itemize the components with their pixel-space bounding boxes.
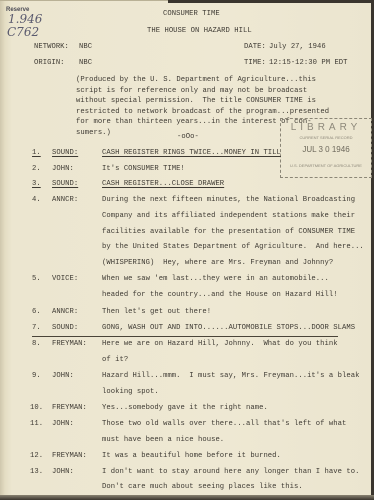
cue-text: It was a beautiful home before it burned… <box>102 452 281 461</box>
page-edge-top <box>0 0 168 1</box>
cue-speaker: JOHN: <box>52 468 74 477</box>
cue-text: Don't care much about seeing places like… <box>102 483 303 492</box>
cue-text: Those two old walls over there...all tha… <box>102 420 346 429</box>
cue-text: GONG, WASH OUT AND INTO......AUTOMOBILE … <box>102 324 355 333</box>
cue-underline <box>32 336 338 337</box>
date-label: DATE: <box>244 43 266 52</box>
cue-speaker: SOUND: <box>52 180 78 189</box>
cue-text: It's CONSUMER TIME! <box>102 165 185 174</box>
cue-text: Yes...somebody gave it the right name. <box>102 404 268 413</box>
cue-text: When we saw 'em last...they were in an a… <box>102 275 329 284</box>
cue-text: Company and its affiliated independent s… <box>102 212 355 221</box>
handwritten-call-number-1: 1.946 <box>8 12 42 26</box>
cue-speaker: ANNCR: <box>52 196 78 205</box>
cue-speaker: FREYMAN: <box>52 340 87 349</box>
episode-title: THE HOUSE ON HAZARD HILL <box>147 27 252 36</box>
origin-value: NBC <box>79 59 92 68</box>
notice-line: (Produced by the U. S. Department of Agr… <box>76 76 316 85</box>
cue-number: 7. <box>32 324 41 333</box>
handwritten-call-number-2: C762 <box>7 25 39 39</box>
cue-speaker: SOUND: <box>52 149 78 158</box>
cue-speaker: FREYMAN: <box>52 452 87 461</box>
cue-text: CASH REGISTER...CLOSE DRAWER <box>102 180 224 189</box>
cue-text: facilities available for the presentatio… <box>102 228 355 237</box>
cue-speaker: FREYMAN: <box>52 404 87 413</box>
notice-line: restricted to network broadcast of the p… <box>76 108 329 117</box>
scan-border-bottom <box>0 495 374 500</box>
cue-number: 1. <box>32 149 41 158</box>
cue-text: Then let's get out there! <box>102 308 211 317</box>
cue-number: 13. <box>30 468 43 477</box>
date-value: July 27, 1946 <box>269 43 326 52</box>
script-page: Reserve 1.946 C762 CONSUMER TIME THE HOU… <box>0 0 374 500</box>
cue-text: by the United States Department of Agric… <box>102 243 364 252</box>
notice-line: script is for reference only and may not… <box>76 87 307 96</box>
cue-number: 12. <box>30 452 43 461</box>
notice-line: sumers.) <box>76 129 111 138</box>
cue-text: I don't want to stay around here any lon… <box>102 468 359 477</box>
origin-label: ORIGIN: <box>34 59 65 68</box>
cue-number: 6. <box>32 308 41 317</box>
library-stamp: LIBRARY CURRENT SERIAL RECORD JUL 3 0 19… <box>280 118 372 178</box>
cue-number: 5. <box>32 275 41 284</box>
scan-border-top <box>168 0 374 3</box>
cue-speaker: JOHN: <box>52 420 74 429</box>
time-label: TIME: <box>244 59 266 68</box>
cue-text: Hazard Hill...mmm. I must say, Mrs. Frey… <box>102 372 359 381</box>
stamp-date: JUL 3 0 1946 <box>281 145 371 154</box>
stamp-department: U.S. DEPARTMENT OF AGRICULTURE <box>281 163 371 168</box>
cue-speaker: JOHN: <box>52 372 74 381</box>
network-label: NETWORK: <box>34 43 69 52</box>
cue-text: During the next fifteen minutes, the Nat… <box>102 196 355 205</box>
cue-number: 4. <box>32 196 41 205</box>
cue-number: 2. <box>32 165 41 174</box>
cue-text: must have been a nice house. <box>102 436 224 445</box>
program-title: CONSUMER TIME <box>163 10 220 19</box>
time-value: 12:15-12:30 PM EDT <box>269 59 348 68</box>
cue-text: Here we are on Hazard Hill, Johnny. What… <box>102 340 338 349</box>
cue-text: CASH REGISTER RINGS TWICE...MONEY IN TIL… <box>102 149 281 158</box>
cue-speaker: ANNCR: <box>52 308 78 317</box>
notice-line: without special permission. The title CO… <box>76 97 316 106</box>
cue-text: (WHISPERING) Hey, where are Mrs. Freyman… <box>102 259 333 268</box>
cue-number: 8. <box>32 340 41 349</box>
cue-speaker: SOUND: <box>52 324 78 333</box>
cue-number: 11. <box>30 420 43 429</box>
cue-number: 9. <box>32 372 41 381</box>
cue-speaker: VOICE: <box>52 275 78 284</box>
cue-text: looking spot. <box>102 388 159 397</box>
cue-number: 3. <box>32 180 41 189</box>
cue-speaker: JOHN: <box>52 165 74 174</box>
cue-text: of it? <box>102 356 128 365</box>
cue-text: headed for the country...and the House o… <box>102 291 338 300</box>
network-value: NBC <box>79 43 92 52</box>
separator: -oOo- <box>177 133 199 142</box>
stamp-serial-record: CURRENT SERIAL RECORD <box>281 135 371 140</box>
notice-line: for more than thirteen years...in the in… <box>76 118 312 127</box>
cue-number: 10. <box>30 404 43 413</box>
stamp-library: LIBRARY <box>281 122 371 133</box>
